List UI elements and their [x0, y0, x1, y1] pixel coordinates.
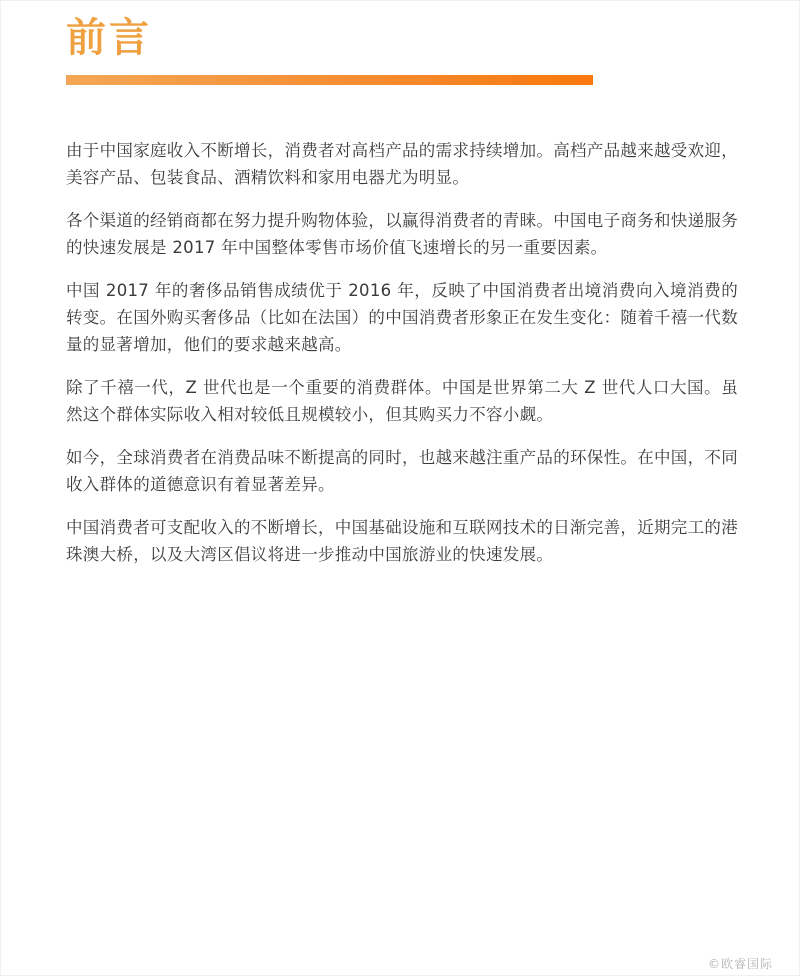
page-title: 前言 — [66, 14, 152, 62]
title-underline-rule — [66, 75, 593, 85]
body-paragraph: 除了千禧一代，Z 世代也是一个重要的消费群体。中国是世界第二大 Z 世代人口大国… — [66, 374, 738, 428]
page-header: 前言 — [0, 0, 800, 62]
footer-copyright: ©欧睿国际 — [708, 955, 773, 972]
body-paragraph: 如今，全球消费者在消费品味不断提高的同时，也越来越注重产品的环保性。在中国，不同… — [66, 444, 738, 498]
body-paragraph: 中国 2017 年的奢侈品销售成绩优于 2016 年，反映了中国消费者出境消费向… — [66, 277, 738, 358]
body-paragraph: 中国消费者可支配收入的不断增长，中国基础设施和互联网技术的日渐完善，近期完工的港… — [66, 514, 738, 568]
body-paragraph: 各个渠道的经销商都在努力提升购物体验，以赢得消费者的青睐。中国电子商务和快递服务… — [66, 207, 738, 261]
body-content: 由于中国家庭收入不断增长，消费者对高档产品的需求持续增加。高档产品越来越受欢迎，… — [66, 137, 738, 568]
body-paragraph: 由于中国家庭收入不断增长，消费者对高档产品的需求持续增加。高档产品越来越受欢迎，… — [66, 137, 738, 191]
document-page: { "header": { "title": "前言", "accent": {… — [0, 0, 800, 976]
